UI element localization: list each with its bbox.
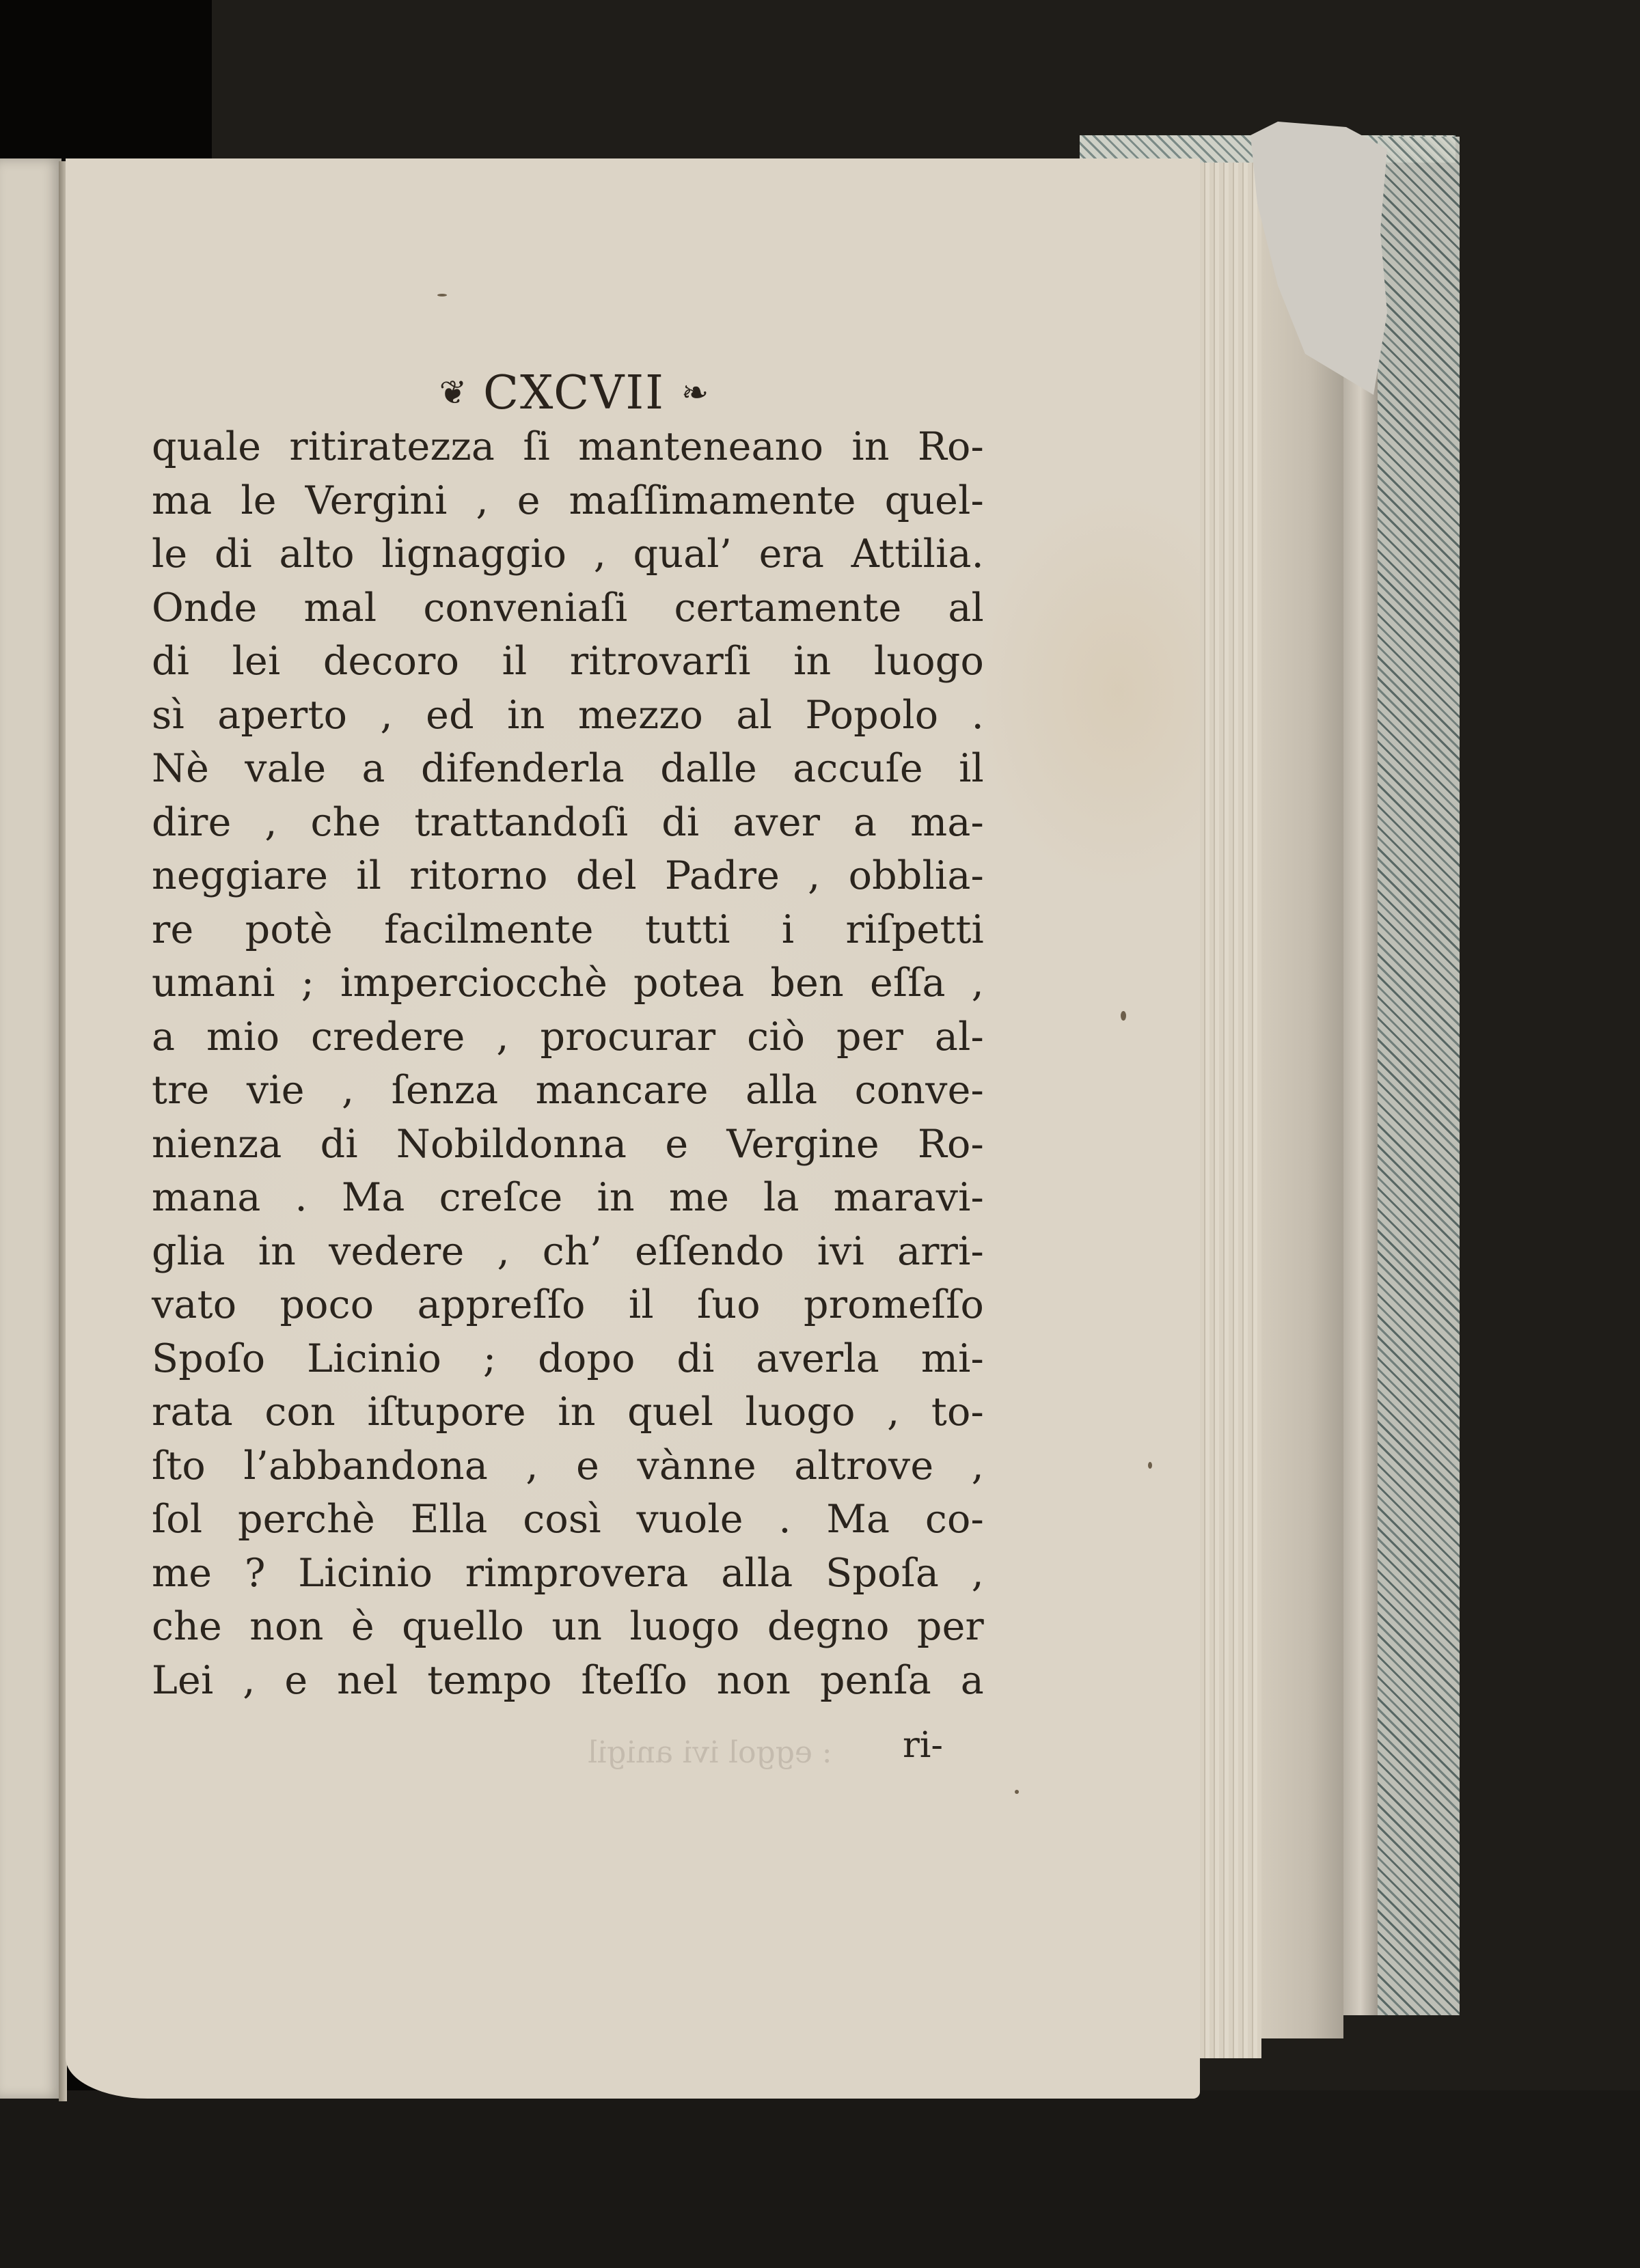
text-line: neggiare il ritorno del Padre , obblia-	[152, 849, 984, 903]
book-cover-marbled-edge	[1378, 137, 1460, 2015]
text-line: Nè vale a difenderla dalle accuſe il	[152, 742, 984, 796]
text-line: ſto l’abbandona , e vànne altrove ,	[152, 1439, 984, 1493]
text-line: re potè facilmente tutti i riſpetti	[152, 903, 984, 957]
body-text: quale ritiratezza ſi manteneano in Ro- m…	[152, 420, 984, 1707]
text-line: di lei decoro il ritrovarſi in luogo	[152, 635, 984, 689]
fleuron-right-icon: ❧	[681, 376, 709, 409]
text-line: le di alto lignaggio , qual’ era Attilia…	[152, 527, 984, 581]
verso-page-sliver	[0, 158, 61, 2099]
text-line: me ? Licinio rimprovera alla Spoſa ,	[152, 1547, 984, 1601]
paper-speck	[1015, 1790, 1019, 1794]
text-line: mana . Ma creſce in me la maravi-	[152, 1171, 984, 1225]
paper-speck	[437, 294, 447, 296]
text-line: sì aperto , ed in mezzo al Popolo .	[152, 689, 984, 743]
paper-speck	[1121, 1011, 1126, 1021]
text-line: Spoſo Licinio ; dopo di averla mi-	[152, 1332, 984, 1386]
text-line: rata con iſtupore in quel luogo , to-	[152, 1385, 984, 1439]
paper-speck	[1148, 1462, 1152, 1469]
background-bottom	[0, 2090, 1640, 2268]
page-number: CXCVII	[483, 366, 665, 420]
show-through-text: : eggol ivi anigil	[588, 1735, 832, 1770]
text-line: Lei , e nel tempo ſteſſo non penſa a	[152, 1654, 984, 1708]
text-line: nienza di Nobildonna e Vergine Ro-	[152, 1118, 984, 1172]
fleuron-left-icon: ❦	[439, 376, 467, 409]
text-line: vato poco appreſſo il ſuo promeſſo	[152, 1278, 984, 1332]
catchword: ri-	[875, 1725, 943, 1766]
text-line: quale ritiratezza ſi manteneano in Ro-	[152, 420, 984, 474]
text-line: tre vie , ſenza mancare alla conve-	[152, 1064, 984, 1118]
text-line: che non è quello un luogo degno per	[152, 1600, 984, 1654]
text-line: dire , che trattandoſi di aver a ma-	[152, 796, 984, 850]
text-line: glia in vedere , ch’ eſſendo ivi arri-	[152, 1225, 984, 1279]
text-line: ma le Vergini , e maſſimamente quel-	[152, 474, 984, 528]
text-line: umani ; imperciocchè potea ben eſſa ,	[152, 956, 984, 1010]
page-stack-edge-outer	[1343, 171, 1378, 2015]
text-line: ſol perchè Ella così vuole . Ma co-	[152, 1493, 984, 1547]
page-stack-edge-inner	[1200, 163, 1261, 2058]
running-header: ❦ CXCVII ❧	[383, 362, 765, 424]
page-stack-edge-middle	[1261, 167, 1343, 2038]
text-line: a mio credere , procurar ciò per al-	[152, 1010, 984, 1064]
text-line: Onde mal conveniaſi certamente al	[152, 581, 984, 635]
